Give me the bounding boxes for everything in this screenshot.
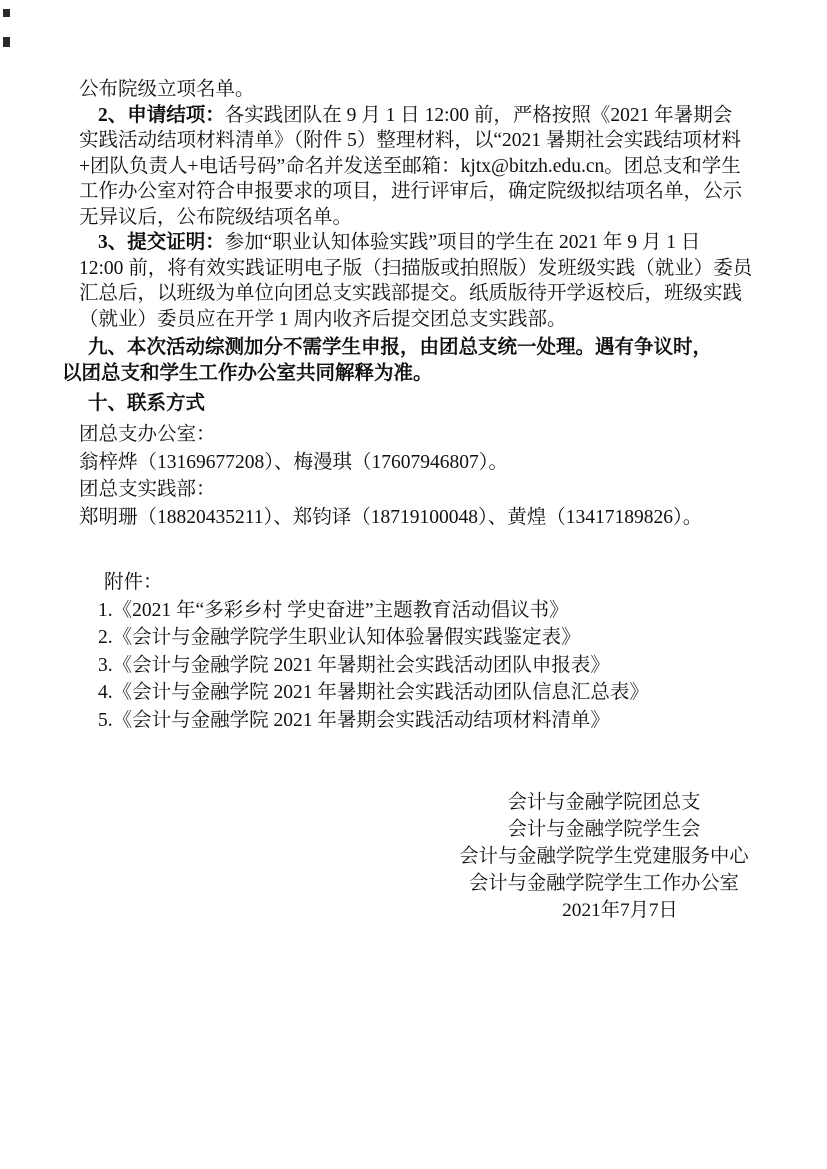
attachment-item-5: 5.《会计与金融学院 2021 年暑期会实践活动结项材料清单》 [98, 707, 778, 735]
section-nine-line-2: 以团总支和学生工作办公室共同解释为准。 [62, 360, 762, 386]
contact-info: 团总支办公室： 翁梓烨（13169677208）、梅漫琪（17607946807… [79, 421, 779, 532]
item-2-line-3: +团队负责人+电话号码”命名并发送至邮箱：kjtx@bitzh.edu.cn。团… [79, 154, 759, 180]
contact-practice-label: 团总支实践部： [79, 476, 779, 504]
section-ten-heading: 十、联系方式 [88, 392, 205, 414]
attachment-item-2: 2.《会计与金融学院学生职业认知体验暑假实践鉴定表》 [98, 624, 778, 652]
contact-office-members: 翁梓烨（13169677208）、梅漫琪（17607946807）。 [79, 449, 779, 477]
signature-org-1: 会计与金融学院团总支 [457, 789, 751, 816]
body-paragraphs: 公布院级立项名单。 2、申请结项：各实践团队在 9 月 1 日 12:00 前，… [79, 77, 759, 332]
item-2-line-2: 实践活动结项材料清单》（附件 5）整理材料，以“2021 暑期社会实践结项材料 [79, 128, 759, 154]
section-nine-line-1: 九、本次活动综测加分不需学生申报，由团总支统一处理。遇有争议时， [62, 334, 762, 360]
item-2-label: 2、申请结项： [98, 105, 225, 126]
attachment-item-1: 1.《2021 年“多彩乡村 学史奋进”主题教育活动倡议书》 [98, 597, 778, 625]
contact-practice-members: 郑明珊（18820435211）、郑钧译（18719100048）、黄煌（134… [79, 504, 779, 532]
item-2-line-5: 无异议后，公布院级结项名单。 [79, 205, 759, 231]
section-nine-paragraph: 九、本次活动综测加分不需学生申报，由团总支统一处理。遇有争议时， 以团总支和学生… [62, 334, 762, 386]
scan-artifact [3, 37, 10, 47]
signature-block: 会计与金融学院团总支 会计与金融学院学生会 会计与金融学院学生党建服务中心 会计… [457, 789, 751, 924]
attachment-item-4: 4.《会计与金融学院 2021 年暑期社会实践活动团队信息汇总表》 [98, 679, 778, 707]
paragraph-continuation-line: 公布院级立项名单。 [79, 77, 759, 103]
item-2-text: 各实践团队在 9 月 1 日 12:00 前，严格按照《2021 年暑期会 [225, 105, 733, 126]
document-page: 公布院级立项名单。 2、申请结项：各实践团队在 9 月 1 日 12:00 前，… [0, 0, 827, 1169]
signature-org-4: 会计与金融学院学生工作办公室 [457, 870, 751, 897]
item-3-text: 参加“职业认知体验实践”项目的学生在 2021 年 9 月 1 日 [225, 232, 701, 253]
item-3-line-2: 12:00 前，将有效实践证明电子版（扫描版或拍照版）发班级实践（就业）委员 [79, 256, 759, 282]
item-3-line-1: 3、提交证明：参加“职业认知体验实践”项目的学生在 2021 年 9 月 1 日 [79, 230, 759, 256]
item-2-line-1: 2、申请结项：各实践团队在 9 月 1 日 12:00 前，严格按照《2021 … [79, 103, 759, 129]
item-3-line-3: 汇总后，以班级为单位向团总支实践部提交。纸质版待开学返校后，班级实践 [79, 281, 759, 307]
item-2-line-4: 工作办公室对符合申报要求的项目，进行评审后，确定院级拟结项名单，公示 [79, 179, 759, 205]
signature-date: 2021年7月7日 [473, 897, 767, 924]
scan-artifact [3, 9, 10, 17]
item-3-line-4: （就业）委员应在开学 1 周内收齐后提交团总支实践部。 [79, 307, 759, 333]
item-3-label: 3、提交证明： [98, 232, 225, 253]
attachments-list: 附件： 1.《2021 年“多彩乡村 学史奋进”主题教育活动倡议书》 2.《会计… [98, 569, 778, 734]
signature-org-2: 会计与金融学院学生会 [457, 816, 751, 843]
signature-org-3: 会计与金融学院学生党建服务中心 [457, 843, 751, 870]
attachments-heading: 附件： [104, 569, 778, 597]
contact-office-label: 团总支办公室： [79, 421, 779, 449]
attachment-item-3: 3.《会计与金融学院 2021 年暑期社会实践活动团队申报表》 [98, 652, 778, 680]
